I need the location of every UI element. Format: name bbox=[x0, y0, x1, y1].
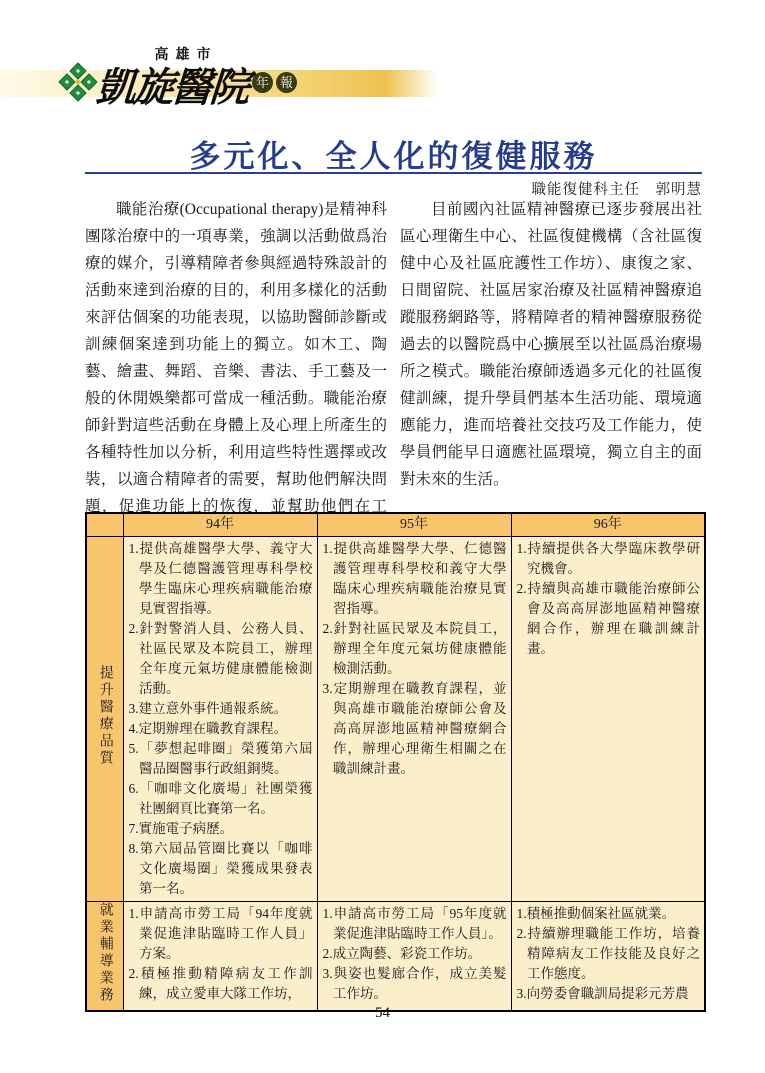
table-cell-item: 3.向勞委會職訓局提彩元芳農 bbox=[517, 984, 701, 1002]
row-label-text: 提升醫療品質 bbox=[95, 665, 115, 767]
table-head: 94年95年96年 bbox=[86, 513, 705, 537]
table-cell: 1.提供高雄醫學大學、仁德醫護管理專科學校和義守大學臨床心理疾病職能治療見實習指… bbox=[317, 537, 511, 902]
table-cell-item: 1.提供高雄醫學大學、仁德醫護管理專科學校和義守大學臨床心理疾病職能治療見實習指… bbox=[323, 539, 507, 619]
table-cell: 1.積極推動個案社區就業。2.持續辦理職能工作坊，培養精障病友工作技能及良好之工… bbox=[511, 902, 705, 1012]
table-cell: 1.提供高雄醫學大學、義守大學及仁德醫護管理專科學校學生臨床心理疾病職能治療見實… bbox=[123, 537, 317, 902]
table-cell-item: 6.「咖啡文化廣場」社團榮獲社團網頁比賽第一名。 bbox=[129, 779, 313, 819]
row-label-text: 就業輔導業務 bbox=[95, 902, 115, 1004]
table-cell-content: 1.積極推動個案社區就業。2.持續辦理職能工作坊，培養精障病友工作技能及良好之工… bbox=[512, 902, 705, 1002]
table-body: 提升醫療品質1.提供高雄醫學大學、義守大學及仁德醫護管理專科學校學生臨床心理疾病… bbox=[86, 537, 705, 1012]
table-cell-item: 3.定期辦理在職教育課程，並與高雄市職能治療師公會及高高屏澎地區精神醫療網合作，… bbox=[323, 679, 507, 779]
results-table-wrap: 94年95年96年 提升醫療品質1.提供高雄醫學大學、義守大學及仁德醫護管理專科… bbox=[85, 512, 706, 1012]
badge-report: 報 bbox=[276, 72, 297, 93]
table-cell-item: 2.持續與高雄市職能治療師公會及高高屏澎地區精神醫療網合作，辦理在職訓練計畫。 bbox=[517, 579, 701, 659]
table-cell-item: 2.成立陶藝、彩瓷工作坊。 bbox=[323, 944, 507, 964]
table-row: 提升醫療品質1.提供高雄醫學大學、義守大學及仁德醫護管理專科學校學生臨床心理疾病… bbox=[86, 537, 705, 902]
document-page: 高雄市 凱旋醫院 年 報 多元化、全人化的復健服務 職能復健科主任 郭明慧 職能… bbox=[0, 0, 765, 1073]
results-table: 94年95年96年 提升醫療品質1.提供高雄醫學大學、義守大學及仁德醫護管理專科… bbox=[85, 512, 706, 1012]
table-cell: 1.持續提供各大學臨床教學研究機會。2.持續與高雄市職能治療師公會及高高屏澎地區… bbox=[511, 537, 705, 902]
column-header-94年: 94年 bbox=[123, 513, 317, 537]
row-label: 就業輔導業務 bbox=[86, 902, 123, 1012]
annual-report-badges: 年 報 bbox=[252, 72, 297, 93]
table-cell-item: 2.針對社區民眾及本院員工，辦理全年度元氣坊健康體能檢測活動。 bbox=[323, 619, 507, 679]
page-number: 54 bbox=[0, 1005, 765, 1022]
table-cell-item: 1.積極推動個案社區就業。 bbox=[517, 904, 701, 924]
badge-year: 年 bbox=[252, 72, 273, 93]
table-cell-item: 2.積極推動精障病友工作訓練，成立愛車大隊工作坊， bbox=[129, 964, 313, 1002]
table-cell: 1.申請高市勞工局「95年度就業促進津貼臨時工作人員」。2.成立陶藝、彩瓷工作坊… bbox=[317, 902, 511, 1012]
table-row: 就業輔導業務1.申請高市勞工局「94年度就業促進津貼臨時工作人員」方案。2.積極… bbox=[86, 902, 705, 1012]
table-cell-item: 2.持續辦理職能工作坊，培養精障病友工作技能及良好之工作態度。 bbox=[517, 924, 701, 984]
table-cell-item: 4.定期辦理在職教育課程。 bbox=[129, 719, 313, 739]
logo-hospital-name: 凱旋醫院 bbox=[94, 56, 248, 113]
hospital-logo-icon bbox=[58, 62, 98, 102]
paragraph-community: 目前國內社區精神醫療已逐步發展出社區心理衛生中心、社區復健機構（含社區復健中心及… bbox=[400, 196, 702, 493]
table-corner-cell bbox=[86, 513, 123, 537]
page-title: 多元化、全人化的復健服務 bbox=[85, 131, 702, 176]
table-cell-item: 3.與姿也髮廊合作，成立美髮工作坊。 bbox=[323, 964, 507, 1002]
column-header-95年: 95年 bbox=[317, 513, 511, 537]
table-cell-item: 5.「夢想起啡圈」榮獲第六屆醫品圈醫事行政組銅獎。 bbox=[129, 739, 313, 779]
title-divider bbox=[85, 172, 702, 174]
table-cell-item: 8.第六屆品管圈比賽以「咖啡文化廣場圈」榮獲成果發表第一名。 bbox=[129, 839, 313, 899]
table-cell-item: 2.針對警消人員、公務人員、社區民眾及本院員工，辦理全年度元氣坊健康體能檢測活動… bbox=[129, 619, 313, 699]
table-cell-content: 1.申請高市勞工局「94年度就業促進津貼臨時工作人員」方案。2.積極推動精障病友… bbox=[124, 902, 317, 1002]
row-label: 提升醫療品質 bbox=[86, 537, 123, 902]
table-cell: 1.申請高市勞工局「94年度就業促進津貼臨時工作人員」方案。2.積極推動精障病友… bbox=[123, 902, 317, 1012]
table-cell-item: 7.實施電子病歷。 bbox=[129, 819, 313, 839]
table-cell-content: 1.提供高雄醫學大學、仁德醫護管理專科學校和義守大學臨床心理疾病職能治療見實習指… bbox=[318, 537, 511, 895]
table-cell-item: 1.申請高市勞工局「95年度就業促進津貼臨時工作人員」。 bbox=[323, 904, 507, 944]
table-cell-item: 1.申請高市勞工局「94年度就業促進津貼臨時工作人員」方案。 bbox=[129, 904, 313, 964]
table-cell-item: 1.持續提供各大學臨床教學研究機會。 bbox=[517, 539, 701, 579]
table-cell-content: 1.持續提供各大學臨床教學研究機會。2.持續與高雄市職能治療師公會及高高屏澎地區… bbox=[512, 537, 705, 895]
table-cell-content: 1.申請高市勞工局「95年度就業促進津貼臨時工作人員」。2.成立陶藝、彩瓷工作坊… bbox=[318, 902, 511, 1002]
table-cell-item: 1.提供高雄醫學大學、義守大學及仁德醫護管理專科學校學生臨床心理疾病職能治療見實… bbox=[129, 539, 313, 619]
table-cell-content: 1.提供高雄醫學大學、義守大學及仁德醫護管理專科學校學生臨床心理疾病職能治療見實… bbox=[124, 537, 317, 901]
table-cell-item: 3.建立意外事件通報系統。 bbox=[129, 699, 313, 719]
column-header-96年: 96年 bbox=[511, 513, 705, 537]
